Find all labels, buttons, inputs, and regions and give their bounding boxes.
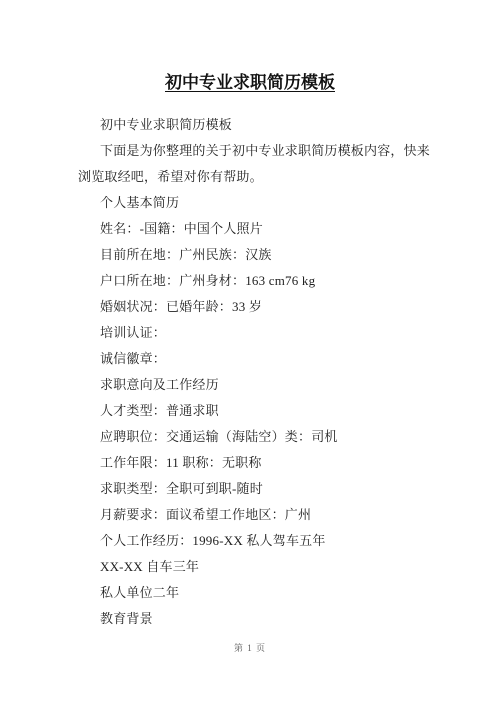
paragraph-line: 浏览取经吧，希望对你有帮助。 — [78, 164, 460, 190]
document-body: 初中专业求职简历模板下面是为你整理的关于初中专业求职简历模板内容，快来浏览取经吧… — [78, 112, 460, 632]
paragraph-line: 求职意向及工作经历 — [78, 372, 460, 398]
paragraph-line: 诚信徽章： — [78, 346, 460, 372]
paragraph-line: 个人工作经历：1996-XX 私人驾车五年 — [78, 528, 460, 554]
page-number: 第 1 页 — [0, 642, 500, 654]
paragraph-line: 户口所在地：广州身材：163 cm76 kg — [78, 268, 460, 294]
paragraph-line: 工作年限：11 职称：无职称 — [78, 450, 460, 476]
paragraph-line: 下面是为你整理的关于初中专业求职简历模板内容，快来 — [78, 138, 460, 164]
paragraph-line: 个人基本简历 — [78, 190, 460, 216]
paragraph-line: XX-XX 自车三年 — [78, 554, 460, 580]
document-title: 初中专业求职简历模板 — [0, 72, 500, 94]
paragraph-line: 月薪要求：面议希望工作地区：广州 — [78, 502, 460, 528]
paragraph-line: 婚姻状况：已婚年龄：33 岁 — [78, 294, 460, 320]
paragraph-line: 培训认证： — [78, 320, 460, 346]
paragraph-line: 目前所在地：广州民族：汉族 — [78, 242, 460, 268]
paragraph-line: 人才类型：普通求职 — [78, 398, 460, 424]
document-page: 初中专业求职简历模板 初中专业求职简历模板下面是为你整理的关于初中专业求职简历模… — [0, 0, 500, 708]
paragraph-line: 应聘职位：交通运输（海陆空）类：司机 — [78, 424, 460, 450]
paragraph-line: 教育背景 — [78, 606, 460, 632]
paragraph-line: 姓名：-国籍：中国个人照片 — [78, 216, 460, 242]
paragraph-line: 求职类型：全职可到职-随时 — [78, 476, 460, 502]
paragraph-line: 私人单位二年 — [78, 580, 460, 606]
paragraph-line: 初中专业求职简历模板 — [78, 112, 460, 138]
